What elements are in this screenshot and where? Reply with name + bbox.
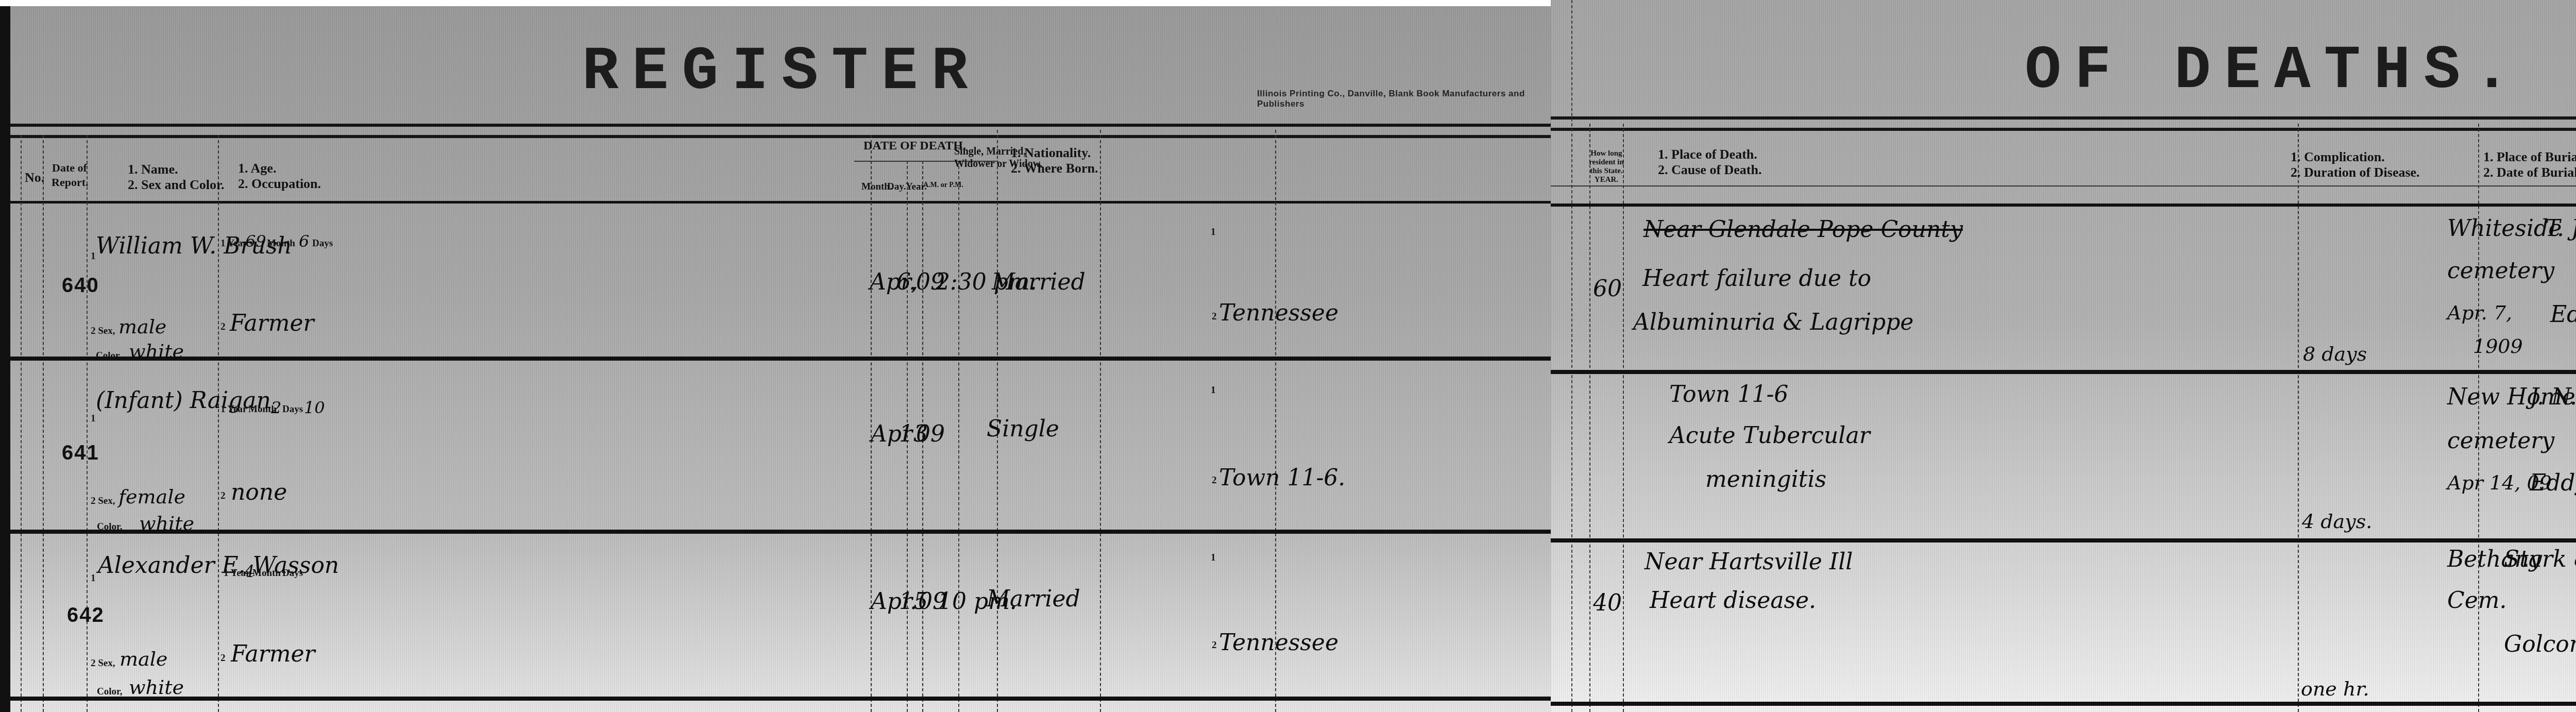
burial-place-line2: cemetery	[2447, 428, 2554, 454]
days-label: Days	[282, 568, 303, 579]
header-top-rule	[10, 124, 1551, 138]
sex-value: female	[118, 485, 185, 508]
col-divider	[1275, 130, 1276, 712]
row-separator	[1551, 204, 2576, 207]
undertaker-name: J. N. Maynor	[2530, 384, 2576, 410]
days-label: Days	[282, 404, 303, 415]
month-label: Month	[267, 238, 295, 249]
header-line: 1. Name.	[128, 162, 225, 177]
age-months: 2	[271, 398, 281, 417]
age-years: 69	[245, 231, 266, 251]
col-divider	[1623, 124, 1624, 712]
header-line: 2. Sex and Color.	[128, 177, 225, 193]
sex-value: male	[118, 315, 166, 338]
header-line: 2. Duration of Disease.	[2291, 165, 2420, 180]
color-value: white	[129, 340, 184, 363]
death-day: 6,	[896, 269, 918, 295]
sex-label: 2 Sex,	[91, 658, 115, 669]
page-title-register: REGISTER	[582, 38, 981, 107]
line-label-2: 2	[1212, 475, 1217, 486]
report-number: 640	[62, 274, 99, 297]
disease-duration: 8 days	[2303, 343, 2367, 365]
line-label-1: 1	[91, 251, 96, 262]
col-divider	[1571, 0, 1572, 712]
line-label-2: 2	[221, 321, 226, 333]
header-nationality: 1. Nationality. 2. Where Born.	[1011, 145, 1098, 176]
line-label-2: 2	[221, 490, 226, 502]
row-separator	[10, 357, 1551, 361]
line-label-1: 1	[1211, 227, 1216, 238]
occupation-value: Farmer	[230, 310, 314, 336]
header-date-of-death: DATE OF DEATH.	[863, 138, 966, 154]
page-title-of-deaths: OF DEATHS.	[2025, 37, 2523, 106]
cause-of-death-line2: meningitis	[1705, 466, 1826, 493]
undertaker-place: Eddyville Ill.	[2550, 301, 2576, 328]
sex-label: 2 Sex,	[91, 326, 115, 337]
marital-status: Married	[987, 586, 1080, 612]
color-label: Color,	[96, 350, 121, 362]
row-separator	[10, 530, 1551, 534]
line-label-1: 1	[91, 413, 96, 425]
report-number: 641	[62, 442, 99, 465]
color-value: white	[139, 512, 194, 535]
header-complication: 1. Complication. 2. Duration of Disease.	[2291, 149, 2420, 180]
burial-place-line1: Whiteside	[2447, 215, 2562, 242]
color-label: Color,	[97, 686, 122, 698]
undertaker-name: T. J. Palmer	[2545, 215, 2576, 242]
sex-label: 2 Sex,	[91, 496, 115, 507]
header-line: 1. Nationality.	[1011, 145, 1098, 161]
age-days: 10	[304, 398, 325, 417]
place-of-death: Near Glendale Pope County	[1643, 216, 1963, 243]
disease-duration: one hr.	[2301, 677, 2369, 700]
birthplace: Tennessee	[1219, 630, 1338, 656]
col-divider	[218, 135, 219, 712]
marital-status: Married	[992, 269, 1086, 295]
register-left-page: REGISTER Illinois Printing Co., Danville…	[0, 6, 1551, 712]
line-label-1: 1	[1211, 385, 1216, 396]
book-binding-edge	[0, 6, 10, 712]
burial-place-line2: Cem.	[2447, 587, 2506, 614]
col-divider	[2298, 124, 2299, 712]
row-separator	[1551, 370, 2576, 374]
header-name-sex: 1. Name. 2. Sex and Color.	[128, 162, 225, 193]
cause-of-death-line2: Albuminuria & Lagrippe	[1633, 309, 1913, 335]
header-line: 1. Place of Burial.	[2483, 149, 2576, 165]
header-day: Day.	[887, 181, 906, 193]
undertaker-place: Eddyville Ill.	[2530, 470, 2576, 496]
marital-status: Single	[987, 416, 1059, 442]
header-line: 2. Occupation.	[238, 176, 321, 192]
header-line: resident in	[1586, 158, 1627, 167]
header-line: How long	[1586, 149, 1627, 158]
header-place-cause: 1. Place of Death. 2. Cause of Death.	[1658, 147, 1762, 178]
year-label: 1 Year	[221, 404, 247, 415]
header-am-pm: A.M. or P.M.	[923, 181, 963, 190]
cause-of-death-line1: Heart disease.	[1650, 587, 1816, 614]
death-year: 09	[916, 421, 945, 447]
cause-of-death-line1: Acute Tubercular	[1669, 422, 1870, 449]
line-label-2: 2	[1212, 640, 1217, 651]
month-label: Month	[252, 568, 281, 579]
header-no: No.	[25, 170, 44, 185]
place-of-death: Town 11-6	[1669, 381, 1788, 408]
birthplace: Tennessee	[1219, 300, 1338, 326]
header-bottom-rule	[10, 201, 1551, 204]
disease-duration: 4 days.	[2302, 510, 2372, 533]
row-separator	[1551, 702, 2576, 706]
col-divider	[1589, 124, 1590, 712]
undertaker-name: Stark & Spalding	[2504, 546, 2576, 572]
header-line: Report.	[52, 175, 88, 190]
occupation-value: Farmer	[231, 641, 315, 667]
sex-value: male	[120, 648, 167, 670]
line-label-1: 1	[91, 573, 96, 584]
year-label: 1 Year	[221, 238, 247, 249]
place-of-death: Near Hartsville Ill	[1645, 549, 1853, 575]
header-bottom-rule	[1551, 185, 2576, 187]
header-line: Date of	[52, 161, 88, 175]
burial-year: 1909	[2473, 335, 2523, 358]
register-right-page: OF DEATHS. How long resident in this Sta…	[1551, 0, 2576, 712]
header-line: 2. Cause of Death.	[1658, 162, 1762, 178]
undertaker-place: Golconda, Ill.	[2504, 631, 2576, 657]
header-date-of-report: Date of Report.	[52, 161, 88, 190]
age-months: 6	[299, 231, 309, 251]
color-label: Color,	[97, 521, 122, 533]
burial-date: Apr. 7,	[2447, 301, 2512, 324]
header-top-rule	[1551, 116, 2576, 131]
col-divider	[2478, 124, 2479, 712]
cause-of-death-line1: Heart failure due to	[1642, 265, 1871, 292]
days-label: Days	[312, 238, 333, 249]
col-divider	[43, 135, 44, 712]
line-label-1: 1	[1211, 552, 1216, 564]
col-divider	[958, 161, 959, 712]
header-line: this State.	[1586, 167, 1627, 176]
col-divider	[1100, 130, 1101, 712]
color-value: white	[129, 676, 184, 699]
row-separator	[10, 697, 1551, 701]
row-separator	[1551, 538, 2576, 543]
header-line: YEAR.	[1586, 176, 1627, 184]
header-line: 1. Place of Death.	[1658, 147, 1762, 162]
header-line: 1. Complication.	[2291, 149, 2420, 165]
line-label-2: 2	[1212, 311, 1217, 323]
birthplace: Town 11-6.	[1219, 465, 1345, 491]
burial-place-line2: cemetery	[2447, 258, 2554, 284]
residence-years: 40	[1593, 590, 1622, 616]
residence-years: 60	[1593, 276, 1622, 302]
header-line: 2. Date of Burial.	[2483, 165, 2576, 180]
printer-imprint: Illinois Printing Co., Danville, Blank B…	[1257, 89, 1551, 109]
header-residence: How long resident in this State. YEAR.	[1586, 149, 1627, 184]
header-age-occupation: 1. Age. 2. Occupation.	[238, 161, 321, 192]
report-number: 642	[67, 604, 105, 627]
line-label-2: 2	[221, 653, 226, 664]
header-line: 1. Age.	[238, 161, 321, 176]
col-divider	[21, 135, 22, 712]
occupation-value: none	[231, 479, 287, 505]
header-burial: 1. Place of Burial. 2. Date of Burial.	[2483, 149, 2576, 180]
header-line: 2. Where Born.	[1011, 161, 1098, 176]
